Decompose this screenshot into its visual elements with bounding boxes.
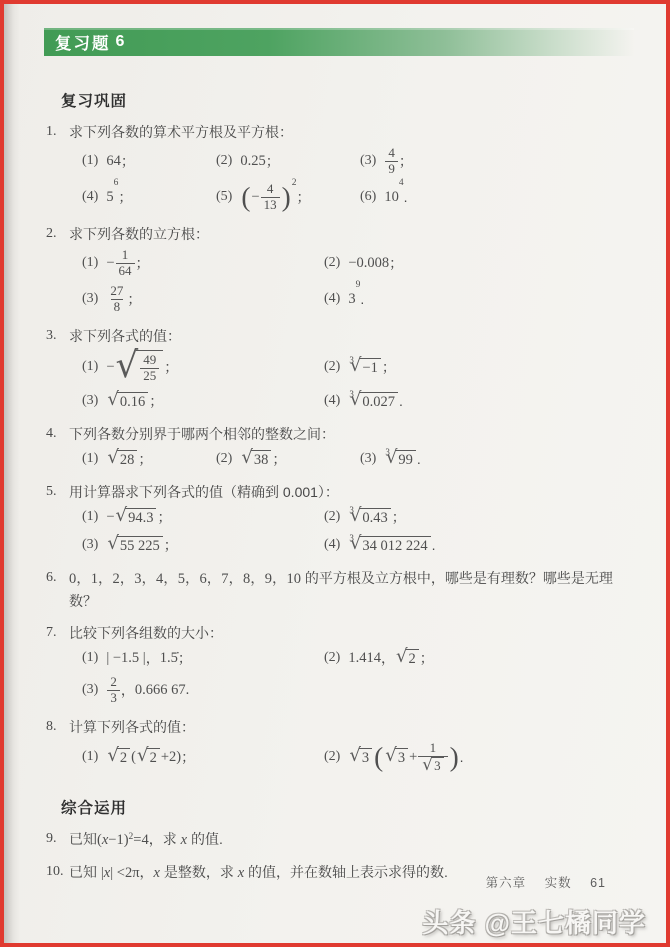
math-text: 27 bbox=[110, 284, 123, 299]
fraction: 164 bbox=[116, 248, 135, 278]
math-text: 3 bbox=[110, 691, 117, 706]
item-label: (2) bbox=[324, 509, 340, 525]
denominator: 64 bbox=[116, 263, 135, 279]
problem-stem-2: 2.求下列各数的立方根： bbox=[46, 223, 640, 245]
math-text: 0，1，2，3，4，5，6，7，8，9，10 bbox=[69, 571, 301, 587]
text: 比较下列各组数的大小： bbox=[69, 625, 223, 641]
denominator: 8 bbox=[111, 299, 124, 315]
item-2: (2)0.25； bbox=[216, 145, 360, 177]
radicand: 4925 bbox=[136, 350, 163, 384]
item-4: (4)3√34 012 224. bbox=[324, 533, 436, 557]
math-text: − bbox=[106, 509, 114, 526]
text: 计算下列各式的值： bbox=[69, 719, 195, 735]
item-label: (1) bbox=[82, 749, 98, 765]
item-label: (1) bbox=[82, 255, 98, 271]
math-text: 13 bbox=[264, 198, 277, 213]
radical-sign: √ bbox=[107, 391, 119, 409]
chapter-exercise-banner: 复习题 6 bbox=[44, 28, 634, 56]
radical-sign: √ bbox=[107, 535, 119, 553]
radical-sign: √ bbox=[396, 648, 408, 666]
fraction: 1√3 bbox=[418, 741, 447, 773]
big-paren: ( bbox=[241, 190, 250, 205]
root-index: 3 bbox=[385, 447, 390, 457]
problem-number: 6. bbox=[46, 567, 66, 612]
math-text: −1) bbox=[108, 832, 128, 848]
exercise-number: 6 bbox=[116, 33, 125, 51]
problem-stem-1: 1.求下列各数的算术平方根及平方根： bbox=[46, 121, 640, 143]
square-root: √3 bbox=[422, 757, 443, 774]
math-text: 0.16 bbox=[120, 394, 145, 411]
item-label: (3) bbox=[82, 537, 98, 553]
item-label: (4) bbox=[82, 189, 98, 205]
item-label: (5) bbox=[216, 189, 232, 205]
fraction: 4925 bbox=[140, 353, 159, 383]
square-root: √4925 bbox=[116, 349, 164, 385]
square-root: √3 bbox=[385, 748, 408, 767]
radical-sign: √ bbox=[107, 449, 119, 467]
numerator: 27 bbox=[107, 284, 126, 299]
item-2: (2)3√−1； bbox=[324, 349, 396, 385]
math-text: 0.43 bbox=[362, 510, 387, 527]
square-root: √2 bbox=[396, 649, 419, 668]
math-text: 10 bbox=[384, 189, 399, 206]
text: 是整数，求 bbox=[160, 864, 238, 880]
item-label: (2) bbox=[216, 153, 232, 169]
items-row: (1)−√4925；(2)3√−1； bbox=[61, 349, 640, 385]
math-text: 64 bbox=[119, 264, 132, 279]
item-label: (4) bbox=[324, 537, 340, 553]
text: ； bbox=[272, 449, 286, 469]
problem-stem-3: 3.求下列各式的值： bbox=[46, 325, 640, 347]
item-4: (4)39. bbox=[324, 283, 364, 315]
math-text: 2 bbox=[150, 750, 157, 767]
math-text: 25 bbox=[143, 369, 156, 384]
math-text: 0.25 bbox=[240, 153, 265, 170]
problem-text: 求下列各式的值： bbox=[69, 325, 181, 347]
footer-page-number: 61 bbox=[590, 876, 606, 890]
math-text: 4 bbox=[267, 182, 274, 197]
problem-number: 9. bbox=[46, 828, 66, 851]
problem-number: 5. bbox=[46, 481, 66, 503]
math-text: 55 225 bbox=[120, 538, 160, 555]
items-row: (3)√55 225；(4)3√34 012 224. bbox=[61, 533, 640, 557]
text: ； bbox=[121, 151, 135, 171]
square-root: √2 bbox=[137, 748, 160, 767]
text: 已知 bbox=[69, 864, 101, 880]
item-3: (3)49； bbox=[360, 145, 413, 177]
root-index: 3 bbox=[349, 505, 354, 515]
items-row: (1)64；(2)0.25；(3)49； bbox=[61, 145, 640, 177]
problem-text: 用计算器求下列各式的值（精确到 0.001）： bbox=[69, 481, 339, 503]
item-2: (2)−0.008； bbox=[324, 247, 403, 279]
text: ； bbox=[296, 187, 310, 207]
text: ； bbox=[181, 747, 195, 767]
denominator: 25 bbox=[140, 368, 159, 384]
square-root: √2 bbox=[107, 748, 130, 767]
math-text: =4 bbox=[133, 832, 148, 848]
item-label: (4) bbox=[324, 291, 340, 307]
items-row: (1)√28；(2)√38；(3)3√99. bbox=[61, 447, 640, 471]
text: 求下列各数的算术平方根及平方根： bbox=[69, 124, 293, 140]
math-text: − bbox=[106, 359, 114, 376]
text: . bbox=[399, 393, 403, 409]
problem-stem-6: 6.0，1，2，3，4，5，6，7，8，9，10 的平方根及立方根中，哪些是有理… bbox=[46, 567, 640, 612]
cube-root: 3√34 012 224 bbox=[349, 536, 430, 555]
text: ； bbox=[149, 391, 163, 411]
radical-sign: √ bbox=[385, 747, 397, 765]
item-2: (2)√38； bbox=[216, 447, 360, 471]
numerator: 4 bbox=[385, 146, 398, 161]
problem-stem-8: 8.计算下列各式的值： bbox=[46, 716, 640, 738]
square-root: √55 225 bbox=[107, 536, 162, 555]
item-1: (1)| −1.5 |，1.5̇； bbox=[82, 646, 324, 670]
problem-number: 8. bbox=[46, 716, 66, 738]
problem-text: 已知 |x| <2π，x 是整数，求 x 的值，并在数轴上表示求得的数. bbox=[69, 861, 448, 884]
item-3: (3)√0.16； bbox=[82, 389, 324, 413]
math-text: 2 bbox=[409, 651, 416, 668]
problem-number: 10. bbox=[46, 861, 66, 884]
text: ； bbox=[164, 535, 178, 555]
root-index: 3 bbox=[349, 533, 354, 543]
items-row: (1)√2(√2+2)；(2)√3(√3+1√3). bbox=[61, 740, 640, 774]
textbook-page: 复习题 6 复习巩固1.求下列各数的算术平方根及平方根：(1)64；(2)0.2… bbox=[0, 0, 670, 947]
problem-text: 求下列各数的算术平方根及平方根： bbox=[69, 121, 293, 143]
math-text: 38 bbox=[254, 452, 269, 469]
watermark: 头条 @王七橘同学 bbox=[422, 903, 646, 940]
text: ， bbox=[121, 680, 135, 700]
math-text: 4 bbox=[388, 146, 395, 161]
math-text: 99 bbox=[398, 452, 413, 469]
problem-number: 7. bbox=[46, 622, 66, 644]
text: ； bbox=[118, 187, 132, 207]
item-3: (3)3√99. bbox=[360, 447, 421, 471]
text: 下列各数分别界于哪两个相邻的整数之间： bbox=[69, 426, 335, 442]
numerator: 4 bbox=[264, 182, 277, 197]
cube-root: 3√−1 bbox=[349, 358, 381, 377]
radical-sign: √ bbox=[241, 449, 253, 467]
problem-stem-7: 7.比较下列各组数的大小： bbox=[46, 622, 640, 644]
items-row: (1)| −1.5 |，1.5̇；(2)1.414，√2； bbox=[61, 646, 640, 670]
numerator: 2 bbox=[107, 675, 120, 690]
item-label: (1) bbox=[82, 153, 98, 169]
text: ，求 bbox=[149, 831, 181, 847]
item-4: (4)56； bbox=[82, 181, 216, 213]
text: 的值，并在数轴上表示求得的数. bbox=[244, 864, 448, 880]
math-text: 0.666 67. bbox=[135, 682, 189, 699]
cube-root: 3√0.027 bbox=[349, 392, 398, 411]
text: ； bbox=[138, 449, 152, 469]
cube-root: 3√99 bbox=[385, 450, 416, 469]
item-5: (5)(−413)2； bbox=[216, 181, 360, 213]
square-root: √3 bbox=[349, 748, 372, 767]
math-text: 0.027 bbox=[362, 394, 395, 411]
problem-text: 已知(x−1)2=4，求 x 的值. bbox=[69, 828, 223, 851]
fraction: 278 bbox=[107, 284, 126, 314]
item-label: (2) bbox=[216, 451, 232, 467]
text: 用计算器求下列各式的值（精确到 0.001）： bbox=[69, 484, 339, 500]
radicand: −1 bbox=[359, 358, 380, 377]
text: ； bbox=[127, 289, 141, 309]
item-label: (1) bbox=[82, 509, 98, 525]
math-text: 1.414 bbox=[348, 650, 381, 667]
item-3: (3)278； bbox=[82, 283, 324, 315]
radical-sign: √ bbox=[116, 507, 128, 525]
radicand: 34 012 224 bbox=[359, 536, 430, 555]
math-text: 1.5̇ bbox=[160, 650, 178, 667]
numerator: 1 bbox=[119, 248, 132, 263]
text: 求下列各式的值： bbox=[69, 328, 181, 344]
math-text: 8 bbox=[114, 300, 121, 315]
math-text: 94.3 bbox=[128, 510, 153, 527]
math-text: 2 bbox=[120, 750, 127, 767]
item-2: (2)1.414，√2； bbox=[324, 646, 434, 670]
problem-number: 2. bbox=[46, 223, 66, 245]
item-1: (1)−164； bbox=[82, 247, 324, 279]
radical-sign: √ bbox=[107, 747, 119, 765]
item-4: (4)3√0.027. bbox=[324, 389, 403, 413]
problem-stem-5: 5.用计算器求下列各式的值（精确到 0.001）： bbox=[46, 481, 640, 503]
item-label: (3) bbox=[82, 393, 98, 409]
square-root: √28 bbox=[107, 450, 137, 469]
math-text: | −1.5 | bbox=[106, 650, 145, 667]
item-label: (3) bbox=[360, 153, 376, 169]
text: ， bbox=[146, 648, 160, 668]
text: . bbox=[460, 749, 464, 765]
math-text: 3 bbox=[434, 759, 441, 774]
radical-sign: √ bbox=[349, 747, 361, 765]
item-label: (2) bbox=[324, 650, 340, 666]
item-label: (3) bbox=[82, 291, 98, 307]
math-text: 9 bbox=[388, 162, 395, 177]
item-1: (1)−√94.3； bbox=[82, 505, 324, 529]
math-text: −0.008 bbox=[348, 255, 389, 272]
big-paren: ) bbox=[450, 750, 459, 765]
exercise-title: 复习题 bbox=[55, 30, 111, 54]
item-2: (2)3√0.43； bbox=[324, 505, 406, 529]
problem-stem-9: 9.已知(x−1)2=4，求 x 的值. bbox=[46, 828, 640, 851]
text: . bbox=[360, 291, 364, 307]
item-1: (1)−√4925； bbox=[82, 349, 324, 385]
text: . bbox=[404, 189, 408, 205]
math-text: − bbox=[251, 189, 259, 206]
root-index: 3 bbox=[349, 389, 354, 399]
item-label: (4) bbox=[324, 393, 340, 409]
radicand: 99 bbox=[395, 450, 416, 469]
math-text: 2 bbox=[110, 675, 117, 690]
item-6: (6)104. bbox=[360, 181, 407, 213]
page-footer: 第六章 实数 61 bbox=[472, 873, 606, 891]
text: ； bbox=[399, 151, 413, 171]
text: ， bbox=[140, 864, 154, 880]
items-row: (1)−164；(2)−0.008； bbox=[61, 247, 640, 279]
text: 求下列各数的立方根： bbox=[69, 226, 209, 242]
text: 的值. bbox=[187, 831, 223, 847]
math-text: 3 bbox=[398, 750, 405, 767]
text: ； bbox=[266, 151, 280, 171]
radicand: 0.16 bbox=[117, 392, 148, 411]
section-heading-comprehensive: 综合运用 bbox=[61, 796, 640, 818]
math-text: 5 bbox=[106, 189, 113, 206]
math-text: 64 bbox=[106, 153, 121, 170]
root-index: 3 bbox=[349, 355, 354, 365]
radicand: 55 225 bbox=[117, 536, 163, 555]
denominator: 13 bbox=[261, 197, 280, 213]
cube-root: 3√0.43 bbox=[349, 508, 390, 527]
math-text: 1 bbox=[122, 248, 129, 263]
item-3: (3)23，0.666 67. bbox=[82, 674, 324, 706]
item-label: (1) bbox=[82, 650, 98, 666]
item-label: (2) bbox=[324, 359, 340, 375]
math-text: ( bbox=[131, 749, 136, 766]
radical-sign: √ bbox=[137, 747, 149, 765]
item-label: (3) bbox=[360, 451, 376, 467]
numerator: 49 bbox=[140, 353, 159, 368]
fraction: 413 bbox=[261, 182, 280, 212]
fraction: 23 bbox=[107, 675, 120, 705]
footer-section: 实数 bbox=[545, 876, 572, 890]
item-label: (2) bbox=[324, 749, 340, 765]
square-root: √0.16 bbox=[107, 392, 148, 411]
text: ； bbox=[157, 507, 171, 527]
radical-sign: √ bbox=[422, 756, 433, 773]
text: ； bbox=[136, 253, 150, 273]
item-1: (1)√28； bbox=[82, 447, 216, 471]
math-text: 3 bbox=[362, 750, 369, 767]
problem-text: 求下列各数的立方根： bbox=[69, 223, 209, 245]
math-text: + bbox=[409, 749, 417, 766]
square-root: √94.3 bbox=[116, 508, 157, 527]
text: 已知 bbox=[69, 831, 97, 847]
problem-text: 0，1，2，3，4，5，6，7，8，9，10 的平方根及立方根中，哪些是有理数？… bbox=[69, 567, 631, 612]
problem-stem-4: 4.下列各数分别界于哪两个相邻的整数之间： bbox=[46, 423, 640, 445]
math-text: | <2π bbox=[110, 865, 139, 881]
text: ； bbox=[382, 357, 396, 377]
section-heading-review: 复习巩固 bbox=[61, 89, 640, 111]
text: . bbox=[417, 451, 421, 467]
math-text: 34 012 224 bbox=[362, 538, 427, 555]
item-label: (3) bbox=[82, 682, 98, 698]
radical-sign: √ bbox=[116, 348, 139, 384]
radicand: 0.43 bbox=[359, 508, 390, 527]
radicand: 94.3 bbox=[125, 508, 156, 527]
text: ； bbox=[392, 507, 406, 527]
item-1: (1)64； bbox=[82, 145, 216, 177]
math-text: − bbox=[106, 255, 114, 272]
items-row: (1)−√94.3；(2)3√0.43； bbox=[61, 505, 640, 529]
problem-number: 3. bbox=[46, 325, 66, 347]
exercise-content: 复习巩固1.求下列各数的算术平方根及平方根：(1)64；(2)0.25；(3)4… bbox=[4, 89, 666, 884]
item-1: (1)√2(√2+2)； bbox=[82, 740, 324, 774]
problem-text: 下列各数分别界于哪两个相邻的整数之间： bbox=[69, 423, 335, 445]
radicand: 0.027 bbox=[359, 392, 398, 411]
square-root: √38 bbox=[241, 450, 271, 469]
problem-text: 计算下列各式的值： bbox=[69, 716, 195, 738]
text: ； bbox=[178, 648, 192, 668]
radicand: 28 bbox=[117, 450, 138, 469]
fraction: 49 bbox=[385, 146, 398, 176]
items-row: (3)278；(4)39. bbox=[61, 283, 640, 315]
footer-chapter: 第六章 bbox=[486, 876, 527, 890]
text: ， bbox=[381, 648, 395, 668]
radicand: 38 bbox=[251, 450, 272, 469]
item-2: (2)√3(√3+1√3). bbox=[324, 740, 464, 774]
text: . bbox=[432, 537, 436, 553]
denominator: 9 bbox=[385, 161, 398, 177]
items-row: (3)23，0.666 67. bbox=[61, 674, 640, 706]
math-text: +2 bbox=[161, 749, 176, 766]
item-label: (1) bbox=[82, 359, 98, 375]
denominator: 3 bbox=[107, 690, 120, 706]
item-3: (3)√55 225； bbox=[82, 533, 324, 557]
problem-number: 1. bbox=[46, 121, 66, 143]
item-label: (2) bbox=[324, 255, 340, 271]
math-text: 49 bbox=[143, 353, 156, 368]
text: ； bbox=[389, 253, 403, 273]
items-row: (4)56；(5)(−413)2；(6)104. bbox=[61, 181, 640, 213]
problem-number: 4. bbox=[46, 423, 66, 445]
problem-text: 比较下列各组数的大小： bbox=[69, 622, 223, 644]
math-text: 28 bbox=[120, 452, 135, 469]
big-paren: ( bbox=[374, 750, 383, 765]
item-label: (6) bbox=[360, 189, 376, 205]
math-text: 3 bbox=[348, 291, 355, 308]
math-text: −1 bbox=[362, 360, 377, 377]
item-label: (1) bbox=[82, 451, 98, 467]
big-paren: ) bbox=[282, 190, 291, 205]
items-row: (3)√0.16；(4)3√0.027. bbox=[61, 389, 640, 413]
text: ； bbox=[420, 648, 434, 668]
denominator: √3 bbox=[418, 756, 447, 774]
text: ； bbox=[164, 357, 178, 377]
